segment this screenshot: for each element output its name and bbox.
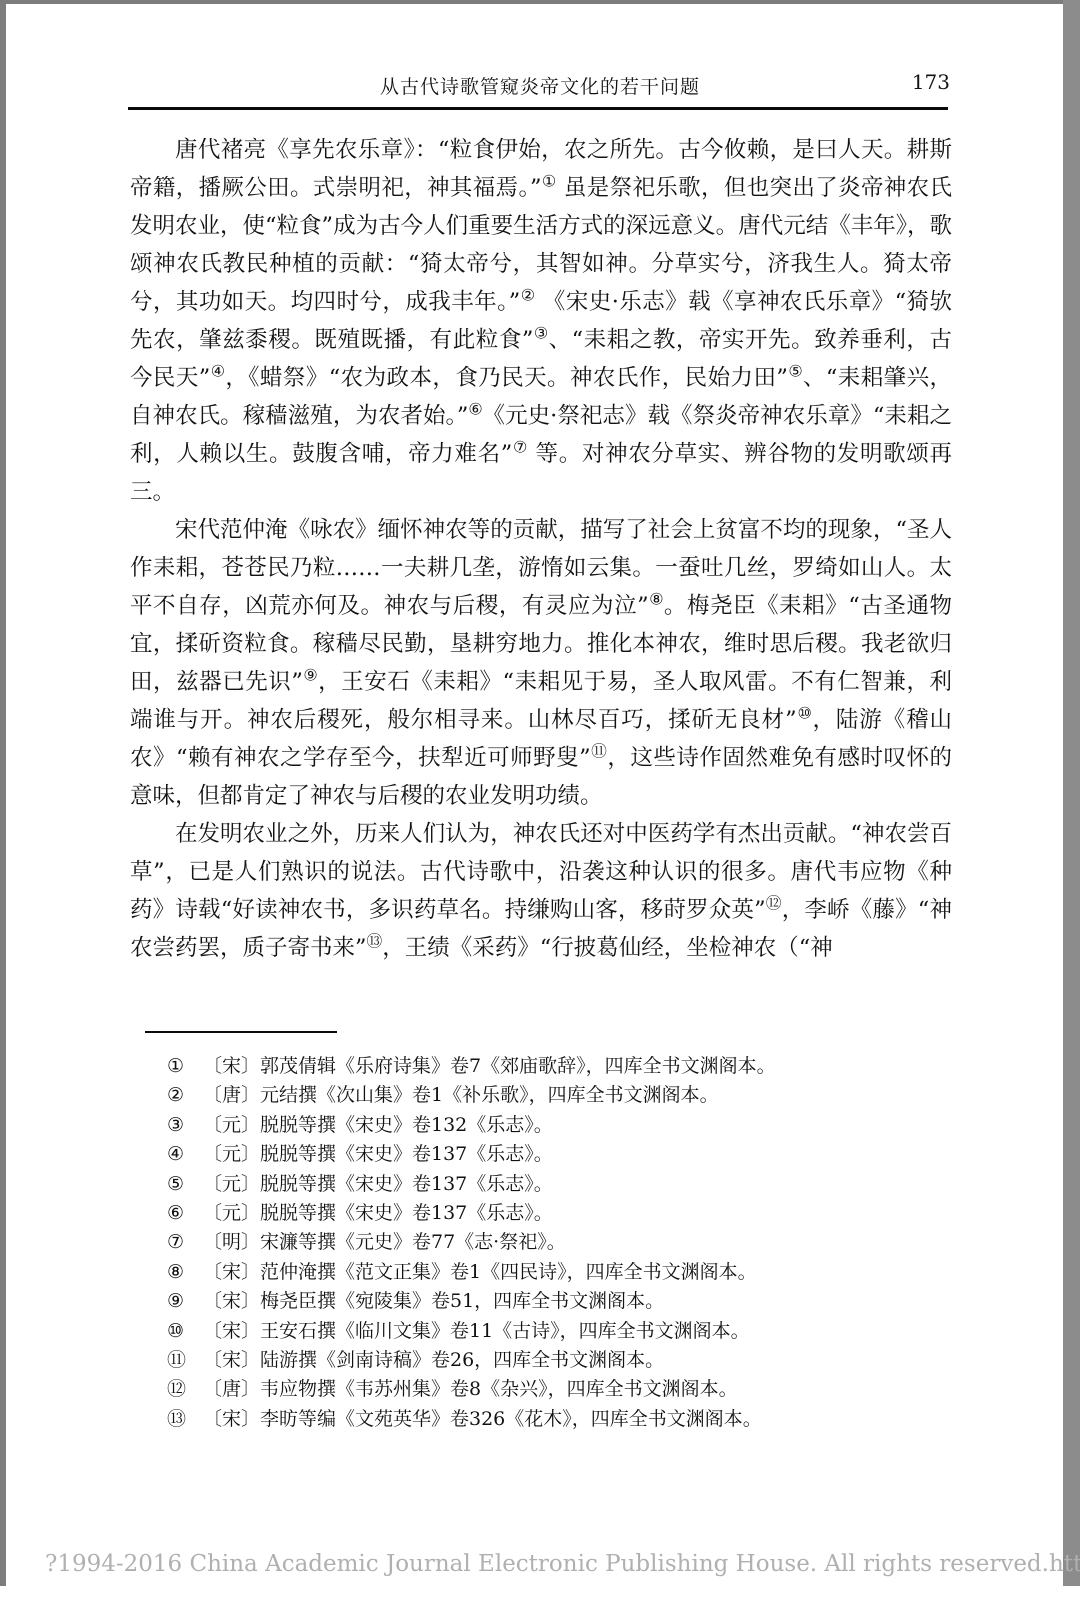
header-rule-divider [128,107,948,110]
footnote-number: ⑤ [167,1170,203,1199]
footnote-number: ⑫ [167,1375,203,1404]
footnotes-list: ①〔宋〕郭茂倩辑《乐府诗集》卷7《郊庙歌辞》，四库全书文渊阁本。 ②〔唐〕元结撰… [167,1052,967,1434]
footnote-number: ② [167,1081,203,1110]
footnote-number: ⑧ [167,1258,203,1287]
footnote-number: ⑬ [167,1405,203,1434]
footnote-item: ⑪〔宋〕陆游撰《剑南诗稿》卷26，四库全书文渊阁本。 [167,1346,967,1375]
footnote-number: ③ [167,1111,203,1140]
scanned-paper-page: 从古代诗歌管窥炎帝文化的若干问题 173 唐代褚亮《享先农乐章》：“粒食伊始，农… [0,0,1080,1602]
footnote-number: ⑥ [167,1199,203,1228]
footnote-text: 〔宋〕王安石撰《临川文集》卷11《古诗》，四库全书文渊阁本。 [203,1317,967,1346]
footnote-number: ⑪ [167,1346,203,1375]
footnote-separator [145,1031,337,1033]
body-text: 唐代褚亮《享先农乐章》：“粒食伊始，农之所先。古今攸赖，是曰人天。耕斯帝籍，播厥… [130,131,952,967]
footnote-item: ④〔元〕脱脱等撰《宋史》卷137《乐志》。 [167,1140,967,1169]
footnote-number: ④ [167,1140,203,1169]
footnote-number: ⑦ [167,1228,203,1257]
footnote-text: 〔明〕宋濂等撰《元史》卷77《志·祭祀》。 [203,1228,967,1257]
footnote-item: ⑧〔宋〕范仲淹撰《范文正集》卷1《四民诗》，四库全书文渊阁本。 [167,1258,967,1287]
copyright-text: ?1994-2016 China Academic Journal Electr… [45,1551,1049,1577]
cnki-url: http://www.cnki.net [1049,1551,1080,1577]
footnote-item: ③〔元〕脱脱等撰《宋史》卷132《乐志》。 [167,1111,967,1140]
body-paragraph: 宋代范仲淹《咏农》缅怀神农等的贡献，描写了社会上贫富不均的现象，“圣人作耒耜，苍… [130,511,952,815]
footnote-item: ⑬〔宋〕李昉等编《文苑英华》卷326《花木》，四库全书文渊阁本。 [167,1405,967,1434]
footnote-number: ⑨ [167,1287,203,1316]
footnote-number: ⑩ [167,1317,203,1346]
footnote-item: ⑥〔元〕脱脱等撰《宋史》卷137《乐志》。 [167,1199,967,1228]
scan-edge-left [0,0,6,1586]
footnote-text: 〔元〕脱脱等撰《宋史》卷132《乐志》。 [203,1111,967,1140]
scan-edge-right [1063,0,1080,1586]
footnote-item: ⑩〔宋〕王安石撰《临川文集》卷11《古诗》，四库全书文渊阁本。 [167,1317,967,1346]
footnote-text: 〔宋〕李昉等编《文苑英华》卷326《花木》，四库全书文渊阁本。 [203,1405,967,1434]
watermark-footer: ?1994-2016 China Academic Journal Electr… [45,1551,1007,1577]
footnote-text: 〔唐〕韦应物撰《韦苏州集》卷8《杂兴》，四库全书文渊阁本。 [203,1375,967,1404]
footnote-text: 〔元〕脱脱等撰《宋史》卷137《乐志》。 [203,1140,967,1169]
footnote-item: ⑫〔唐〕韦应物撰《韦苏州集》卷8《杂兴》，四库全书文渊阁本。 [167,1375,967,1404]
footnote-item: ②〔唐〕元结撰《次山集》卷1《补乐歌》，四库全书文渊阁本。 [167,1081,967,1110]
page-number: 173 [860,70,950,94]
footnote-item: ①〔宋〕郭茂倩辑《乐府诗集》卷7《郊庙歌辞》，四库全书文渊阁本。 [167,1052,967,1081]
footnote-text: 〔元〕脱脱等撰《宋史》卷137《乐志》。 [203,1170,967,1199]
footnote-item: ⑨〔宋〕梅尧臣撰《宛陵集》卷51，四库全书文渊阁本。 [167,1287,967,1316]
body-paragraph: 在发明农业之外，历来人们认为，神农氏还对中医药学有杰出贡献。“神农尝百草”，已是… [130,815,952,967]
footnote-text: 〔宋〕范仲淹撰《范文正集》卷1《四民诗》，四库全书文渊阁本。 [203,1258,967,1287]
running-head-title: 从古代诗歌管窥炎帝文化的若干问题 [130,72,950,99]
footnote-number: ① [167,1052,203,1081]
footnote-text: 〔元〕脱脱等撰《宋史》卷137《乐志》。 [203,1199,967,1228]
scan-edge-top [0,0,1080,4]
footnote-text: 〔宋〕梅尧臣撰《宛陵集》卷51，四库全书文渊阁本。 [203,1287,967,1316]
body-paragraph: 唐代褚亮《享先农乐章》：“粒食伊始，农之所先。古今攸赖，是曰人天。耕斯帝籍，播厥… [130,131,952,511]
footnote-item: ⑦〔明〕宋濂等撰《元史》卷77《志·祭祀》。 [167,1228,967,1257]
footnote-text: 〔宋〕陆游撰《剑南诗稿》卷26，四库全书文渊阁本。 [203,1346,967,1375]
footnote-text: 〔唐〕元结撰《次山集》卷1《补乐歌》，四库全书文渊阁本。 [203,1081,967,1110]
footnote-item: ⑤〔元〕脱脱等撰《宋史》卷137《乐志》。 [167,1170,967,1199]
footnote-text: 〔宋〕郭茂倩辑《乐府诗集》卷7《郊庙歌辞》，四库全书文渊阁本。 [203,1052,967,1081]
